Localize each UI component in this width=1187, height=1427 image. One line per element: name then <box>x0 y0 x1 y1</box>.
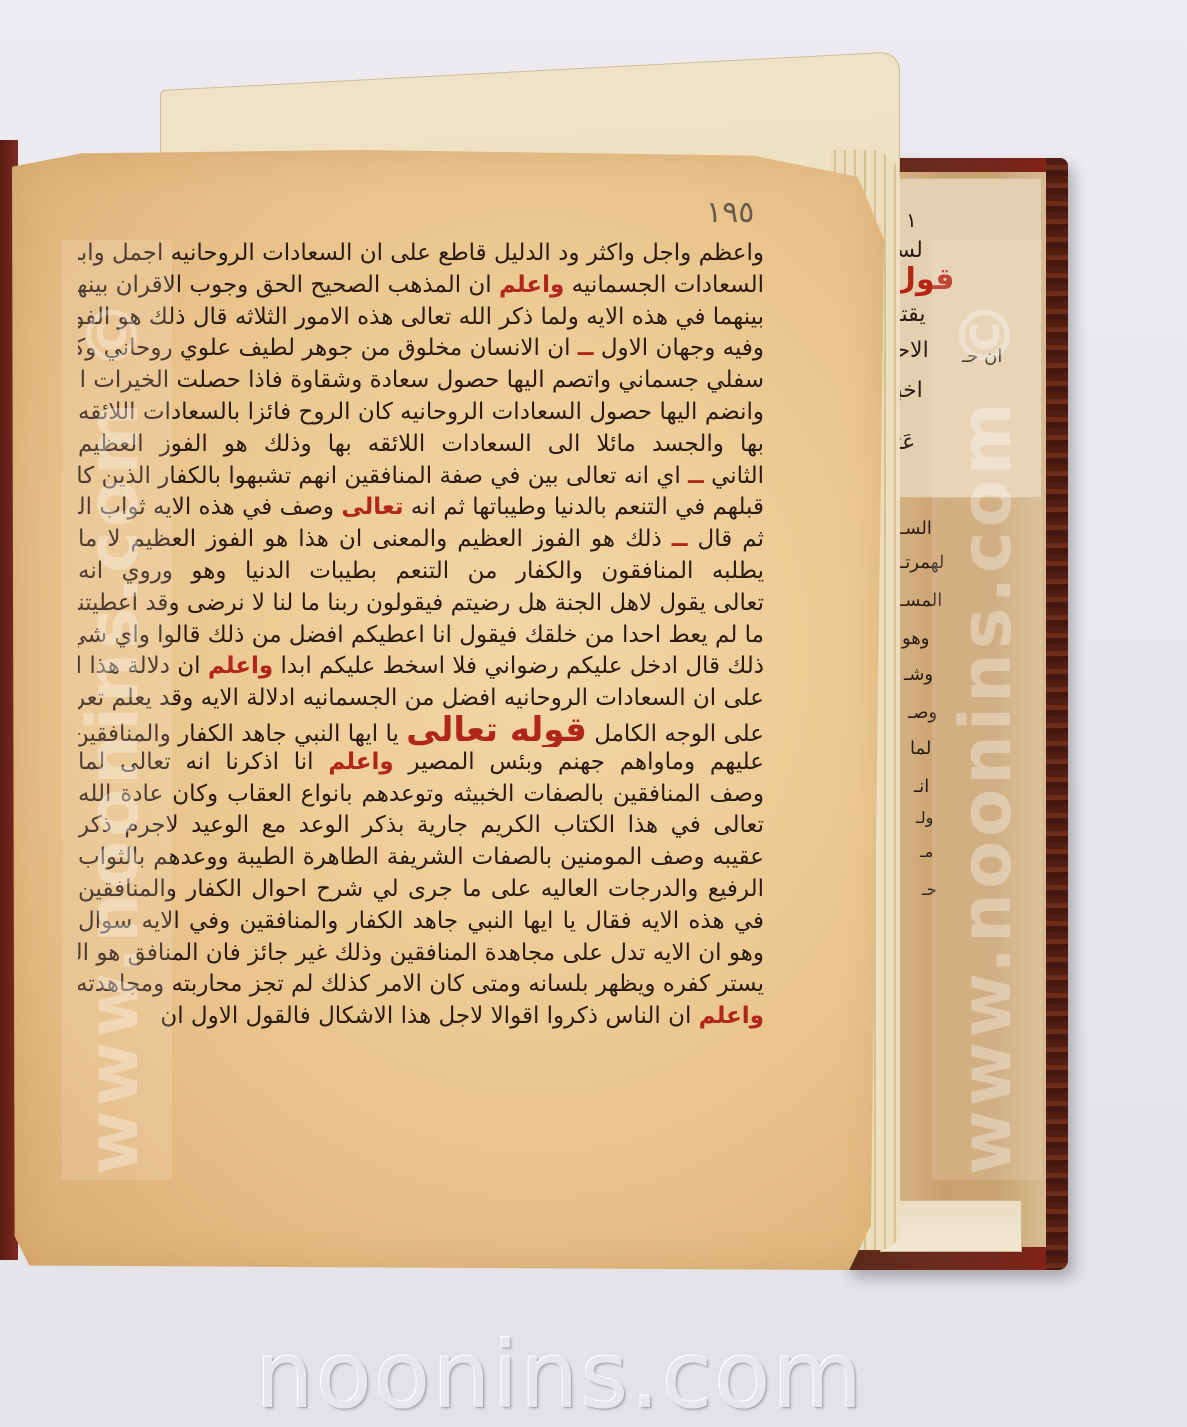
corner-paper-tab <box>880 1200 1022 1252</box>
rubric-heading: قوله تعالى <box>406 715 587 747</box>
manuscript-line: الرفيع والدرجات العاليه على ما جرى لي شر… <box>78 874 764 906</box>
manuscript-line: وهو ان الايه تدل على مجاهدة المنافقين وذ… <box>78 938 764 970</box>
rubric-word: واعلم <box>499 272 564 298</box>
rubric-word: تعالى <box>341 494 403 520</box>
rubric-stroke: ــ <box>672 526 688 552</box>
manuscript-line: يطلبه المنافقون والكفار من التنعم بطيبات… <box>78 556 764 588</box>
manuscript-line: على الوجه الكامل قوله تعالى يا ايها النب… <box>78 715 764 747</box>
manuscript-line: واعظم واجل واكثر ود الدليل قاطع على ان ا… <box>78 238 764 270</box>
facing-lower-line: وهو <box>902 628 929 649</box>
watermark-vertical-right: www.noonins.com © <box>945 296 1027 1175</box>
manuscript-line: عقيبه وصف المومنين بالصفات الشريفة الطاه… <box>78 842 764 874</box>
facing-lower-line: السـ <box>900 518 932 539</box>
manuscript-line: في هذه الايه فقال يا ايها النبي جاهد الك… <box>78 906 764 938</box>
manuscript-line: سفلي جسماني واتصم اليها حصول سعادة وشقاو… <box>78 365 764 397</box>
manuscript-line: واعلم ان الناس ذكروا اقوالا لاجل هذا الا… <box>78 1001 764 1033</box>
manuscript-line: بها والجسد مائلا الى السعادات اللائقه به… <box>78 429 764 461</box>
manuscript-line: ما لم يعط احدا من خلقك فيقول انا اعطيكم … <box>78 620 764 652</box>
manuscript-line: بينهما في هذه الايه ولما ذكر الله تعالى … <box>78 302 764 334</box>
rubric-stroke: ــ <box>688 463 704 489</box>
rubric-word: واعلم <box>699 1003 764 1029</box>
watermark-vertical-left: www.noonins.com © <box>72 296 154 1175</box>
manuscript-line: عليهم وماواهم جهنم وبئس المصير واعلم انا… <box>78 747 764 779</box>
manuscript-line: السعادات الجسمانيه واعلم ان المذهب الصحي… <box>78 270 764 302</box>
facing-lower-line: ولـ <box>916 808 933 827</box>
facing-lower-line: وشـ <box>904 664 933 685</box>
facing-lower-line: لما <box>910 738 931 759</box>
manuscript-line: ذلك قال ادخل عليكم رضواني فلا اسخط عليكم… <box>78 651 764 683</box>
facing-lower-line: انـ <box>914 776 929 797</box>
manuscript-line: قبلهم في التنعم بالدنيا وطيباتها ثم انه … <box>78 492 764 524</box>
folio-number: ١٩٥ <box>706 195 754 230</box>
manuscript-line: ثم قال ــ ذلك هو الفوز العظيم والمعنى ان… <box>78 524 764 556</box>
manuscript-line: وصف المنافقين بالصفات الخبيثه وتوعدهم با… <box>78 779 764 811</box>
facing-number-mark: ١ <box>906 208 917 232</box>
photo-scene: ١ لسـ قول يقتد الاحـ اخبـ عَرَ ان حـ الس… <box>0 0 1187 1427</box>
rubric-stroke: ــ <box>578 335 594 361</box>
manuscript-line: يستر كفره ويظهر بلسانه ومتى كان الامر كذ… <box>78 969 764 1001</box>
rubric-word: واعلم <box>328 749 393 775</box>
manuscript-line: وانضم اليها حصول السعادات الروحانيه كان … <box>78 397 764 429</box>
manuscript-line: وفيه وجهان الاول ــ ان الانسان مخلوق من … <box>78 333 764 365</box>
watermark-site-name: noonins.com <box>240 1322 880 1427</box>
manuscript-line: الثاني ــ اي انه تعالى بين في صفة المناف… <box>78 461 764 493</box>
manuscript-line: تعالى في هذا الكتاب الكريم جارية بذكر ال… <box>78 810 764 842</box>
manuscript-text-block: واعظم واجل واكثر ود الدليل قاطع على ان ا… <box>78 238 764 1033</box>
rubric-word: واعلم <box>208 653 273 679</box>
manuscript-line: تعالى يقول لاهل الجنة هل رضيتم فيقولون ر… <box>78 588 764 620</box>
manuscript-line: على ان السعادات الروحانيه افضل من الجسما… <box>78 683 764 715</box>
